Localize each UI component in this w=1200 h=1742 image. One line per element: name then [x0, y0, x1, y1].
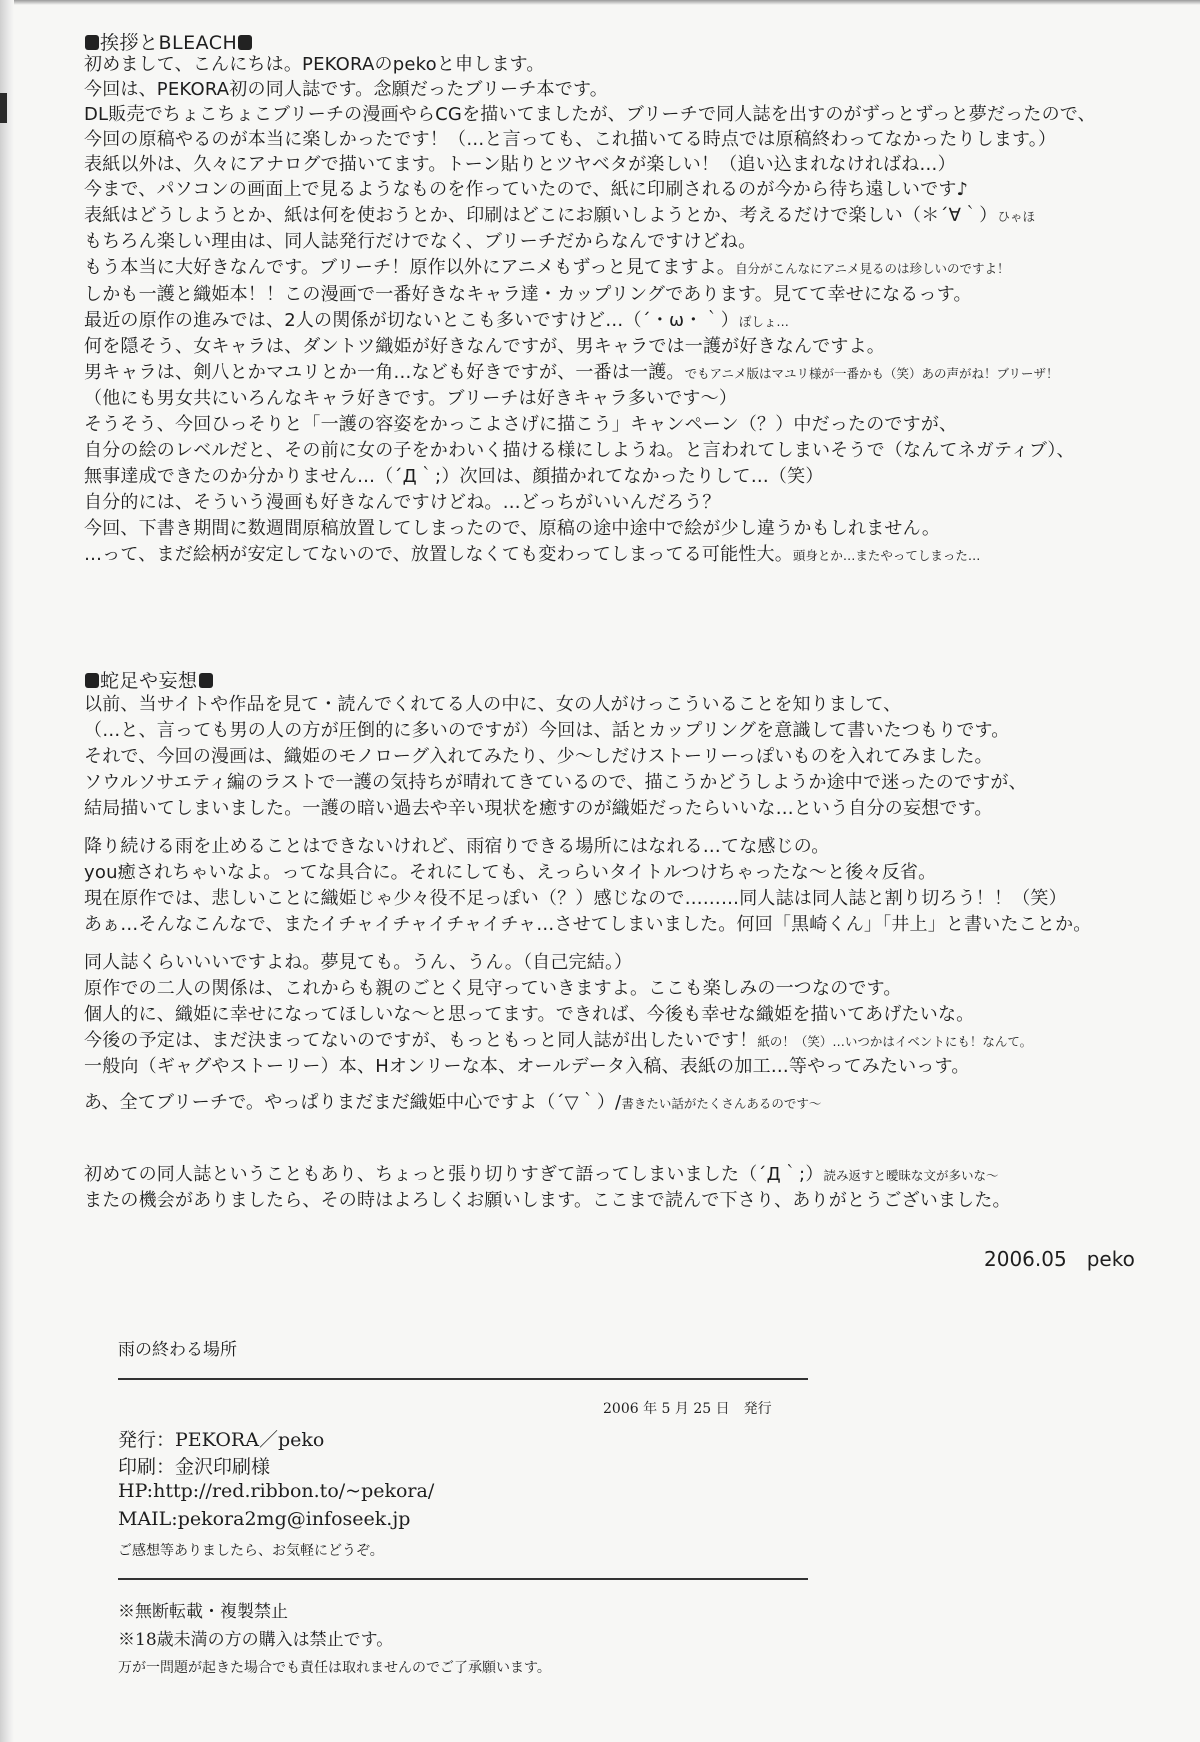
publish-date: 2006 年 5 月 25 日 発行	[603, 1398, 772, 1418]
text-line: そうそう、今回ひっそりと「一護の容姿をかっこよさげに描こう」キャンペーン（？）中…	[84, 412, 957, 438]
section-heading-extras: 蛇足や妄想	[84, 666, 214, 693]
text-main: …って、まだ絵柄が安定してないので、放置しなくても変わってしまってる可能性大。	[84, 544, 793, 565]
text-aside: 読み返すと曖昧な文が多いな～	[824, 1168, 999, 1183]
text-line: 自分的には、そういう漫画も好きなんですけどね。…どっちがいいんだろう？	[84, 490, 721, 516]
text-line: あぁ…そんなこんなで、またイチャイチャイチャイチャ…させてしまいました。何回「黒…	[84, 912, 1092, 938]
text-line: 表紙はどうしようとか、紙は何を使おうとか、印刷はどこにお願いしようとか、考えるだ…	[84, 203, 1035, 230]
heading-text: 蛇足や妄想	[100, 670, 198, 692]
text-line: 原作での二人の関係は、これからも親のごとく見守っていきますよ。ここも楽しみの一つ…	[84, 976, 902, 1002]
text-line: 以前、当サイトや作品を見て・読んでくれてる人の中に、女の人がけっこういることを知…	[84, 692, 901, 718]
text-line: 現在原作では、悲しいことに織姫じゃ少々役不足っぽい（？）感じなので………同人誌は…	[84, 886, 1067, 912]
text-line: 今回、下書き期間に数週間原稿放置してしまったので、原稿の途中途中で絵が少し違うか…	[84, 516, 940, 542]
text-line: 一般向（ギャグやストーリー）本、Hオンリーな本、オールデータ入稿、表紙の加工…等…	[84, 1054, 970, 1080]
signature: 2006.05 peko	[984, 1243, 1135, 1272]
text-aside: 紙の！（笑）…いつかはイベントにも！なんて。	[757, 1034, 1032, 1049]
text-aside: でもアニメ版はマユリ様が一番かも（笑）あの声がね！ブリーザ！	[685, 366, 1059, 381]
bullet-square-icon	[85, 35, 99, 50]
text-line: …って、まだ絵柄が安定してないので、放置しなくても変わってしまってる可能性大。頭…	[84, 542, 980, 569]
text-aside: 自分がこんなにアニメ見るのは珍しいのですよ！	[735, 261, 1009, 276]
text-line: 何を隠そう、女キャラは、ダントツ織姫が好きなんですが、男キャラでは一護が好きなん…	[84, 334, 885, 360]
notice-no-reproduction: ※無断転載・複製禁止	[118, 1597, 288, 1622]
text-line: 今回の原稿やるのが本当に楽しかったです！（…と言っても、これ描いてる時点では原稿…	[84, 127, 1056, 153]
text-line: それで、今回の漫画は、織姫のモノローグ入れてみたり、少～しだけストーリーっぽいも…	[84, 744, 993, 770]
heading-text: 挨拶とBLEACH	[100, 32, 237, 54]
text-aside: 頭身とか…またやってしまった…	[793, 548, 981, 563]
homepage-url: HP:http://red.ribbon.to/~pekora/	[118, 1480, 434, 1502]
bullet-square-icon	[238, 35, 252, 50]
page-top-edge	[0, 0, 1200, 5]
text-main: 表紙はどうしようとか、紙は何を使おうとか、印刷はどこにお願いしようとか、考えるだ…	[84, 205, 998, 226]
text-line: 今まで、パソコンの画面上で見るようなものを作っていたので、紙に印刷されるのが今か…	[84, 177, 968, 203]
feedback-note: ご感想等ありましたら、お気軽にどうぞ。	[118, 1540, 384, 1560]
section-heading-greeting: 挨拶とBLEACH	[84, 28, 253, 55]
text-aside: ぽしょ…	[739, 314, 789, 329]
text-line: 男キャラは、剣八とかマユリとか一角…なども好きですが、一番は一護。でもアニメ版は…	[84, 360, 1059, 387]
text-main: もう本当に大好きなんです。ブリーチ！原作以外にアニメもずっと見てますよ。	[84, 257, 735, 278]
text-line: 降り続ける雨を止めることはできないけれど、雨宿りできる場所にはなれる…てな感じの…	[84, 834, 829, 860]
printer: 印刷：金沢印刷様	[118, 1452, 270, 1479]
text-line: もう本当に大好きなんです。ブリーチ！原作以外にアニメもずっと見てますよ。自分がこ…	[84, 255, 1009, 282]
text-line: 結局描いてしまいました。一護の暗い過去や辛い現状を癒すのが織姫だったらいいな…と…	[84, 796, 993, 822]
text-line: 今後の予定は、まだ決まってないのですが、もっともっと同人誌が出したいです！紙の！…	[84, 1028, 1032, 1055]
disclaimer: 万が一問題が起きた場合でも責任は取れませんのでご了承願います。	[118, 1657, 551, 1677]
text-line: 初めまして、こんにちは。PEKORAのpekoと申します。	[84, 52, 545, 78]
text-line: （他にも男女共にいろんなキャラ好きです。ブリーチは好きキャラ多いです～）	[84, 386, 737, 412]
text-main: 最近の原作の進みでは、2人の関係が切ないとこも多いですけど…（´・ω・｀）	[84, 310, 739, 331]
text-main: 初めての同人誌ということもあり、ちょっと張り切りすぎて語ってしまいました（´Д｀…	[84, 1164, 824, 1185]
notice-age-restriction: ※18歳未満の方の購入は禁止です。	[118, 1625, 393, 1650]
text-line: 個人的に、織姫に幸せになってほしいな～と思ってます。できれば、今後も幸せな織姫を…	[84, 1002, 974, 1028]
text-aside: 書きたい話がたくさんあるのです～	[621, 1096, 821, 1111]
text-line: you癒されちゃいなよ。ってな具合に。それにしても、えっらいタイトルつけちゃった…	[84, 860, 936, 886]
book-title: 雨の終わる場所	[118, 1335, 237, 1360]
bullet-square-icon	[199, 673, 213, 688]
divider	[118, 1578, 808, 1580]
mail-address: MAIL:pekora2mg@infoseek.jp	[118, 1508, 410, 1530]
text-line: 同人誌くらいいいですよね。夢見ても。うん、うん。（自己完結。）	[84, 950, 632, 976]
text-line: 表紙以外は、久々にアナログで描いてます。トーン貼りとツヤベタが楽しい！（追い込ま…	[84, 152, 956, 178]
text-line: またの機会がありましたら、その時はよろしくお願いします。ここまで読んで下さり、あ…	[84, 1188, 1011, 1214]
text-line: あ、全てブリーチで。やっぱりまだまだ織姫中心ですよ（´▽｀）/書きたい話がたくさ…	[84, 1090, 821, 1117]
text-line: ソウルソサエティ編のラストで一護の気持ちが晴れてきているので、描こうかどうしよう…	[84, 770, 1027, 796]
text-line: （…と、言っても男の人の方が圧倒的に多いのですが）今回は、話とカップリングを意識…	[84, 718, 1010, 744]
text-line: もちろん楽しい理由は、同人誌発行だけでなく、ブリーチだからなんですけどね。	[84, 229, 756, 255]
text-line: DL販売でちょこちょこブリーチの漫画やらCGを描いてましたが、ブリーチで同人誌を…	[84, 102, 1096, 128]
text-line: 無事達成できたのか分かりません…（´Д｀;）次回は、顔描かれてなかったりして…（…	[84, 464, 824, 490]
text-line: 初めての同人誌ということもあり、ちょっと張り切りすぎて語ってしまいました（´Д｀…	[84, 1162, 999, 1189]
text-aside: ひゃほ	[998, 209, 1036, 224]
text-main: 今後の予定は、まだ決まってないのですが、もっともっと同人誌が出したいです！	[84, 1030, 757, 1051]
edge-mark	[0, 93, 7, 123]
text-line: 最近の原作の進みでは、2人の関係が切ないとこも多いですけど…（´・ω・｀）ぽしょ…	[84, 308, 789, 335]
text-line: 自分の絵のレベルだと、その前に女の子をかわいく描ける様にしようね。と言われてしま…	[84, 438, 1075, 464]
page-binding-edge	[0, 0, 14, 1742]
publisher: 発行：PEKORA／peko	[118, 1425, 324, 1452]
divider	[118, 1378, 808, 1380]
text-main: あ、全てブリーチで。やっぱりまだまだ織姫中心ですよ（´▽｀）/	[84, 1092, 621, 1113]
bullet-square-icon	[85, 673, 99, 688]
text-line: しかも一護と織姫本！！この漫画で一番好きなキャラ達・カップリングであります。見て…	[84, 282, 972, 308]
text-main: 男キャラは、剣八とかマユリとか一角…なども好きですが、一番は一護。	[84, 362, 685, 383]
text-line: 今回は、PEKORA初の同人誌です。念願だったブリーチ本です。	[84, 77, 608, 103]
